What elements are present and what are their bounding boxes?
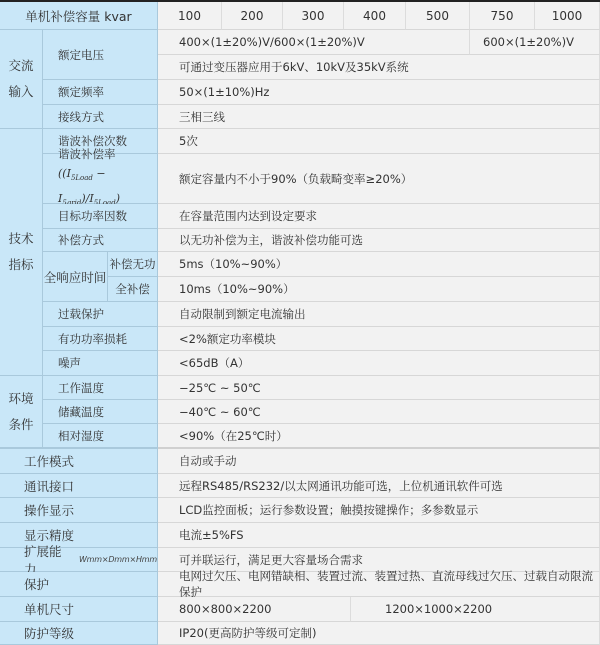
label-work-temp: 工作温度 bbox=[43, 376, 158, 400]
label-comp-mode: 补偿方式 bbox=[43, 229, 158, 252]
header-capacity-750: 750 bbox=[470, 2, 535, 30]
value-storage-temp: −40℃ ~ 60℃ bbox=[158, 400, 600, 424]
label-work-mode: 工作模式 bbox=[0, 449, 158, 474]
value-voltage-note: 可通过变压器应用于6kV、10kV及35kV系统 bbox=[158, 55, 600, 80]
group-ac-input: 交流 输入 bbox=[0, 30, 43, 129]
label-power-loss: 有功功率损耗 bbox=[43, 327, 158, 351]
label-response-time: 全响应时间 bbox=[43, 252, 108, 302]
label-storage-temp: 储藏温度 bbox=[43, 400, 158, 424]
group-env-line2: 条件 bbox=[8, 412, 33, 438]
value-rated-voltage-b: 600×(1±20%)V bbox=[470, 30, 600, 55]
group-env-line1: 环境 bbox=[8, 386, 33, 412]
value-rated-voltage-a: 400×(1±20%)V/600×(1±20%)V bbox=[158, 30, 470, 55]
label-rated-freq: 额定频率 bbox=[43, 80, 158, 105]
label-response-reactive: 补偿无功 bbox=[108, 252, 158, 277]
value-power-loss: <2%额定功率模块 bbox=[158, 327, 600, 351]
label-comm: 通讯接口 bbox=[0, 474, 158, 498]
value-protection: 电网过欠压、电网错缺相、装置过流、装置过热、直流母线过欠压、过载自动限流保护 bbox=[158, 572, 600, 597]
value-wiring: 三相三线 bbox=[158, 105, 600, 129]
value-response-full: 10ms（10%~90%） bbox=[158, 277, 600, 302]
header-capacity-200: 200 bbox=[222, 2, 283, 30]
value-response-reactive: 5ms（10%~90%） bbox=[158, 252, 600, 277]
value-harmonic-rate: 额定容量内不小于90%（负载畸变率≥20%） bbox=[158, 154, 600, 204]
value-overload: 自动限制到额定电流输出 bbox=[158, 302, 600, 327]
group-ac-input-line2: 输入 bbox=[8, 79, 33, 105]
label-size: 单机尺寸 bbox=[0, 597, 158, 622]
group-ac-input-line1: 交流 bbox=[8, 53, 33, 79]
value-work-temp: −25℃ ~ 50℃ bbox=[158, 376, 600, 400]
header-capacity-100: 100 bbox=[158, 2, 222, 30]
value-noise: <65dB（A） bbox=[158, 351, 600, 376]
group-tech-line1: 技术 bbox=[8, 226, 33, 252]
label-harmonic-rate: 谐波补偿率 ((I5Load − I5grid)/I5Load) bbox=[43, 154, 158, 204]
label-wiring: 接线方式 bbox=[43, 105, 158, 129]
value-size-a: 800×800×2200 bbox=[158, 597, 351, 622]
header-capacity-400: 400 bbox=[344, 2, 406, 30]
label-display: 操作显示 bbox=[0, 498, 158, 523]
label-rated-voltage: 额定电压 bbox=[43, 30, 158, 80]
value-comp-mode: 以无功补偿为主，谐波补偿功能可选 bbox=[158, 229, 600, 252]
label-harmonic-rate-text: 谐波补偿率 bbox=[58, 144, 116, 164]
value-precision: 电流±5%FS bbox=[158, 523, 600, 548]
group-env: 环境 条件 bbox=[0, 376, 43, 449]
group-tech-line2: 指标 bbox=[8, 252, 33, 278]
label-target-pf: 目标功率因数 bbox=[43, 204, 158, 229]
value-work-mode: 自动或手动 bbox=[158, 449, 600, 474]
value-comm: 远程RS485/RS232/以太网通讯功能可选，上位机通讯软件可选 bbox=[158, 474, 600, 498]
header-capacity-1000: 1000 bbox=[535, 2, 600, 30]
header-capacity-label: 单机补偿容量 kvar bbox=[0, 2, 158, 30]
value-ip: IP20(更高防护等级可定制) bbox=[158, 622, 600, 645]
header-capacity-500: 500 bbox=[406, 2, 470, 30]
value-display: LCD监控面板；运行参数设置；触摸按键操作；多参数显示 bbox=[158, 498, 600, 523]
value-harmonic-orders: 5次 bbox=[158, 129, 600, 154]
label-expand: 扩展能力 Wmm×Dmm×Hmm bbox=[0, 548, 158, 572]
group-tech: 技术 指标 bbox=[0, 129, 43, 376]
label-protection: 保护 bbox=[0, 572, 158, 597]
value-size-b: 1200×1000×2200 bbox=[351, 597, 600, 622]
label-expand-unit: Wmm×Dmm×Hmm bbox=[79, 555, 157, 564]
header-capacity-300: 300 bbox=[283, 2, 344, 30]
value-target-pf: 在容量范围内达到设定要求 bbox=[158, 204, 600, 229]
value-rated-freq: 50×(1±10%)Hz bbox=[158, 80, 600, 105]
label-humidity: 相对湿度 bbox=[43, 424, 158, 449]
label-response-full: 全补偿 bbox=[108, 277, 158, 302]
label-noise: 噪声 bbox=[43, 351, 158, 376]
label-overload: 过载保护 bbox=[43, 302, 158, 327]
label-ip: 防护等级 bbox=[0, 622, 158, 645]
value-humidity: <90%（在25℃时） bbox=[158, 424, 600, 449]
